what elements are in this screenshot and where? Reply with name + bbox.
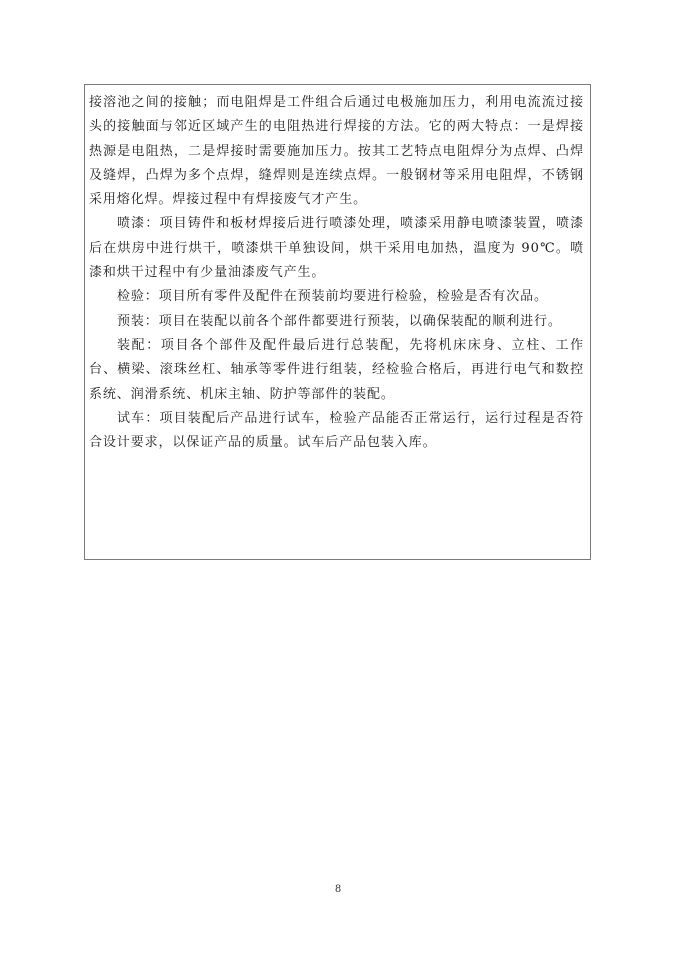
content-table-cell: 接溶池之间的接触；而电阻焊是工件组合后通过电极施加压力，利用电流流过接头的接触面… (84, 84, 591, 560)
paragraph-spray-painting: 喷漆：项目铸件和板材焊接后进行喷漆处理，喷漆采用静电喷漆装置，喷漆后在烘房中进行… (89, 212, 584, 285)
paragraph-assembly: 装配：项目各个部件及配件最后进行总装配，先将机床床身、立柱、工作台、横梁、滚珠丝… (89, 334, 584, 407)
paragraph-inspection: 检验：项目所有零件及配件在预装前均要进行检验，检验是否有次品。 (89, 285, 584, 309)
paragraph-resistance-welding: 接溶池之间的接触；而电阻焊是工件组合后通过电极施加压力，利用电流流过接头的接触面… (89, 91, 584, 212)
paragraph-pre-assembly: 预装：项目在装配以前各个部件都要进行预装，以确保装配的顺利进行。 (89, 310, 584, 334)
paragraph-test-run: 试车：项目装配后产品进行试车，检验产品能否正常运行，运行过程是否符合设计要求，以… (89, 407, 584, 456)
page-number: 8 (0, 884, 676, 895)
